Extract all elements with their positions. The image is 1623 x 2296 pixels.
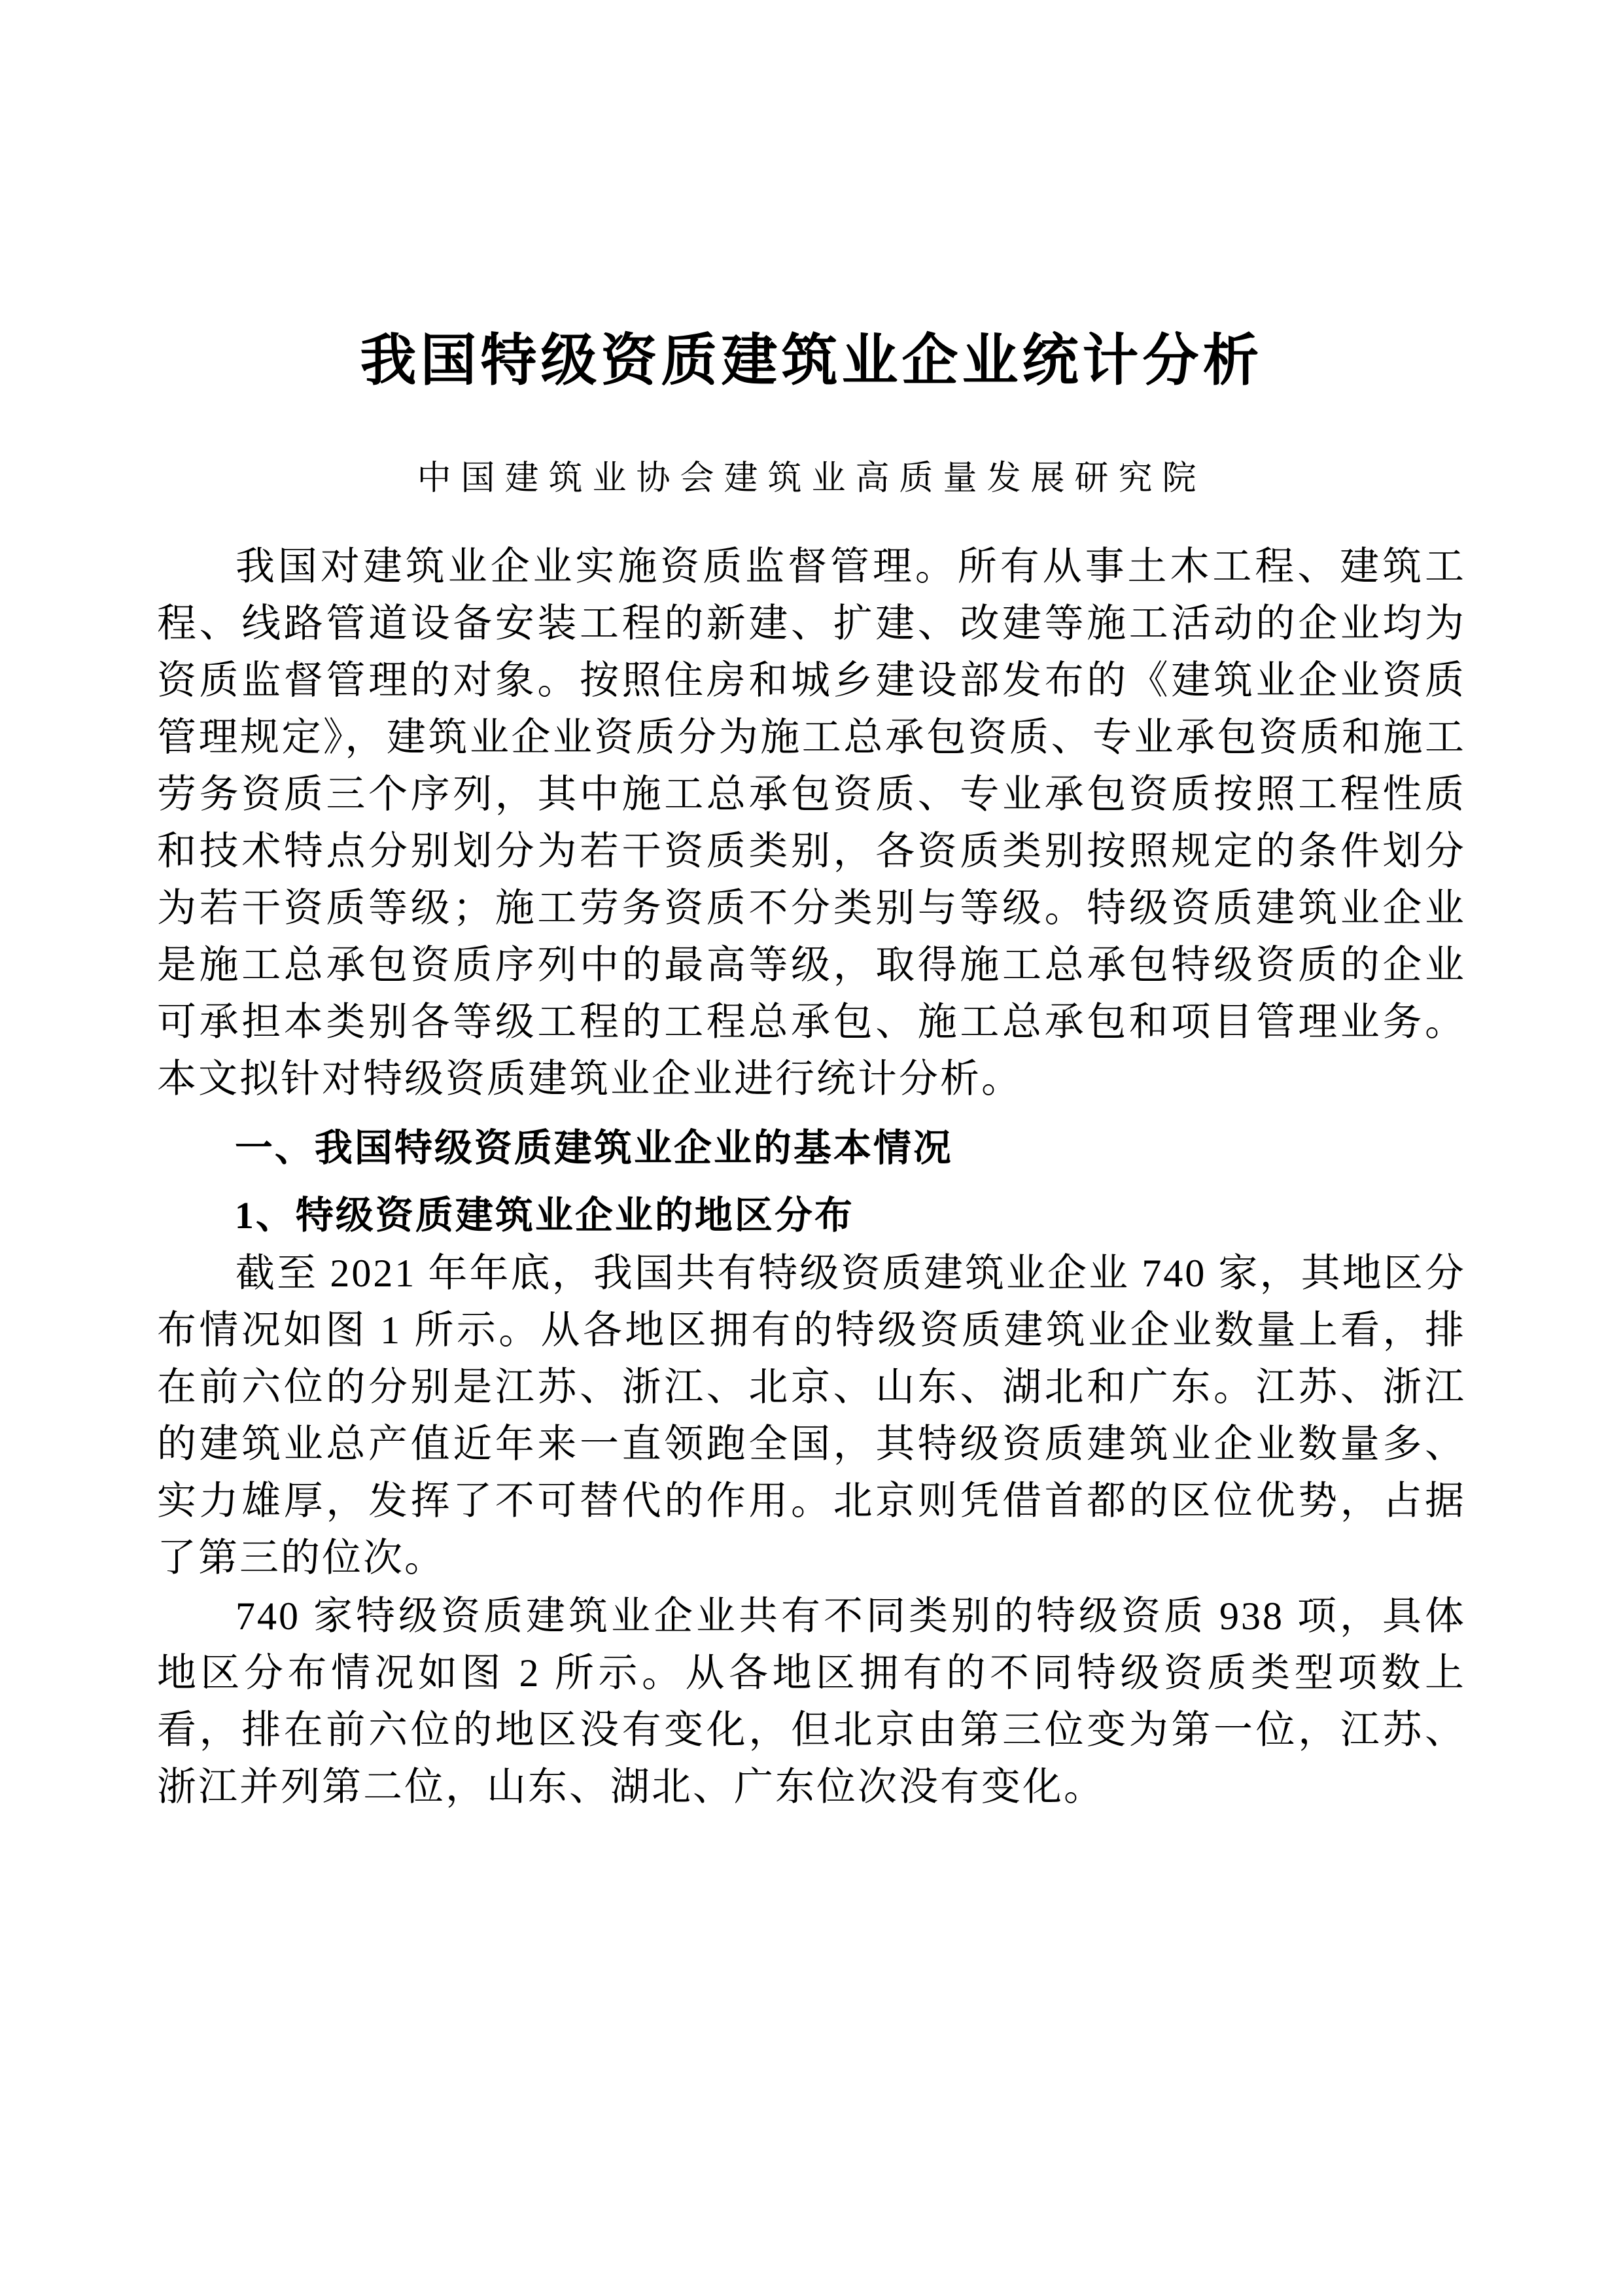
section-heading-basic-situation: 一、我国特级资质建筑业企业的基本情况 [157, 1120, 1466, 1176]
document-page: 我国特级资质建筑业企业统计分析 中国建筑业协会建筑业高质量发展研究院 我国对建筑… [0, 0, 1623, 2296]
subsection-heading-region-distribution: 1、特级资质建筑业企业的地区分布 [157, 1187, 1466, 1244]
document-byline: 中国建筑业协会建筑业高质量发展研究院 [157, 457, 1466, 501]
paragraph-enterprise-region-distribution: 截至 2021 年年底，我国共有特级资质建筑业企业 740 家，其地区分布情况如… [157, 1245, 1466, 1587]
intro-paragraph: 我国对建筑业企业实施资质监督管理。所有从事土木工程、建筑工程、线路管道设备安装工… [157, 539, 1466, 1108]
document-title: 我国特级资质建筑业企业统计分析 [157, 326, 1466, 397]
paragraph-qualification-items-distribution: 740 家特级资质建筑业企业共有不同类别的特级资质 938 项，具体地区分布情况… [157, 1588, 1466, 1816]
